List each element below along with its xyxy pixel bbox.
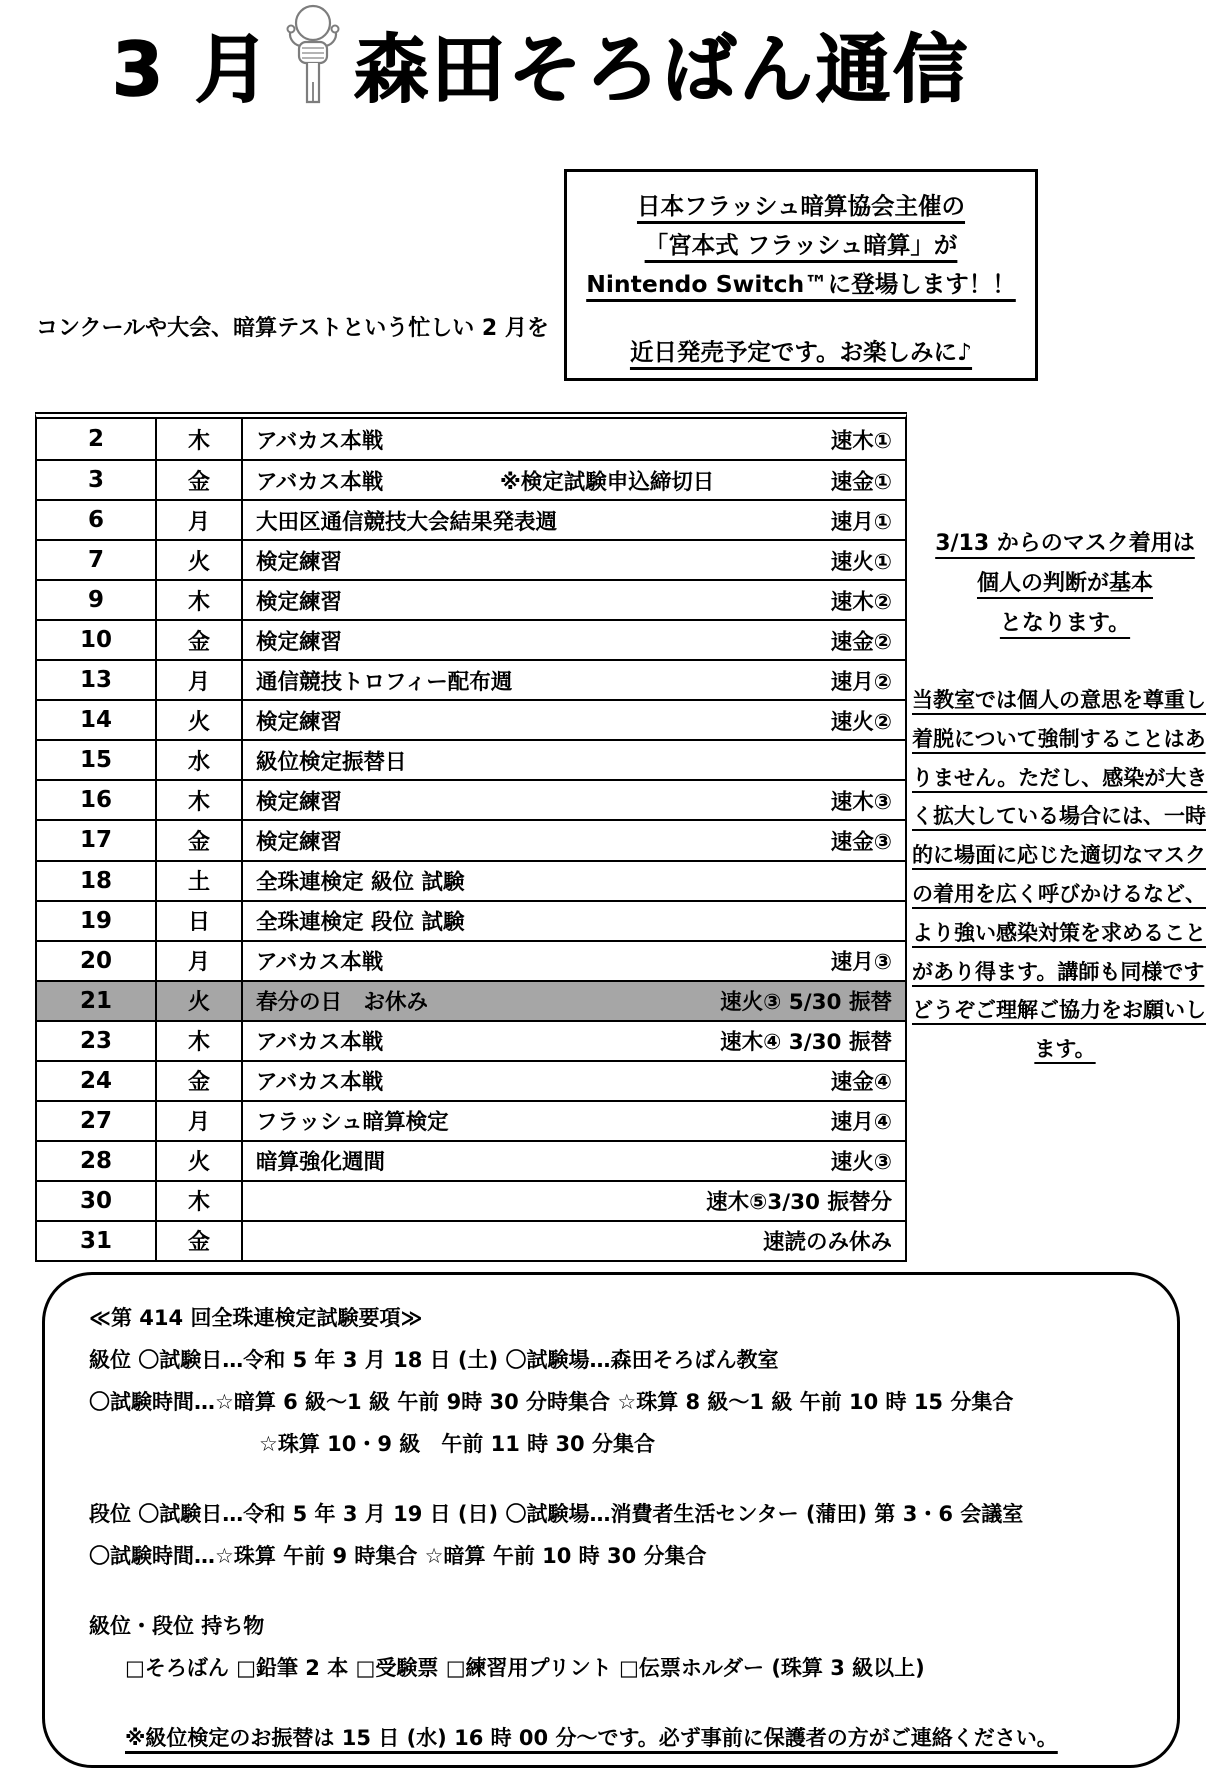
event-text: 通信競技トロフィー配布週 [256,665,512,696]
weekday-cell: 金 [157,1062,243,1100]
schedule-row: 28 火 暗算強化週間 速火③ [37,1140,905,1180]
event-text: 検定練習 [256,625,342,656]
class-label: 速月① [831,505,892,536]
schedule-row: 17 金 検定練習 速金③ [37,819,905,859]
exam-info-line: 〇試験時間…☆暗算 6 級～1 級 午前 9時 30 分時集合 ☆珠算 8 級～… [89,1381,1153,1423]
day-cell: 16 [37,781,157,819]
class-label: 速木⑤3/30 振替分 [706,1185,892,1216]
weekday-cell: 木 [157,581,243,619]
event-cell: 検定練習 速金③ [243,821,905,859]
schedule-row: 24 金 アバカス本戦 速金④ [37,1060,905,1100]
day-cell: 21 [37,982,157,1020]
event-text: 大田区通信競技大会結果発表週 [256,505,557,536]
day-cell: 6 [37,501,157,539]
mask-headline-line: となります。 [915,604,1215,644]
class-label: 速月④ [831,1105,892,1136]
weekday-cell: 火 [157,1142,243,1180]
day-cell: 3 [37,461,157,499]
event-cell: アバカス本戦 速金④ [243,1062,905,1100]
event-cell: 検定練習 速木② [243,581,905,619]
event-note: ※検定試験申込締切日 [500,465,714,496]
class-label: 速金② [831,625,892,656]
day-cell: 27 [37,1102,157,1140]
mask-body-line: の着用を広く呼びかけるなど、 [912,875,1218,914]
weekday-cell: 木 [157,781,243,819]
weekday-cell: 月 [157,942,243,980]
exam-info-line: ※級位検定のお振替は 15 日 (水) 16 時 00 分～です。必ず事前に保護… [89,1717,1153,1759]
event-text: 検定練習 [256,825,342,856]
event-cell: 検定練習 速木③ [243,781,905,819]
mask-policy-headline: 3/13 からのマスク着用は 個人の判断が基本 となります。 [915,524,1215,644]
event-text: 春分の日 お休み [256,985,428,1016]
schedule-row: 10 金 検定練習 速金② [37,619,905,659]
mask-body-line: 的に場面に応じた適切なマスク [912,836,1218,875]
event-cell: 通信競技トロフィー配布週 速月② [243,661,905,699]
class-label: 速木① [831,424,892,455]
event-cell: アバカス本戦 速木① [243,419,905,459]
exam-info-line: 〇試験時間…☆珠算 午前 9 時集合 ☆暗算 午前 10 時 30 分集合 [89,1535,1153,1577]
event-text: アバカス本戦 [256,1065,383,1096]
schedule-row: 9 木 検定練習 速木② [37,579,905,619]
weekday-cell: 木 [157,1022,243,1060]
announcement-box: 日本フラッシュ暗算協会主催の 「宮本式 フラッシュ暗算」が Nintendo S… [564,169,1038,381]
masked-person-icon [280,2,346,120]
class-label: 速金③ [831,825,892,856]
event-text: 全珠連検定 級位 試験 [256,865,464,896]
class-label: 速火③ [831,1145,892,1176]
announcement-line: 「宮本式 フラッシュ暗算」が [567,226,1035,265]
day-cell: 9 [37,581,157,619]
schedule-row: 6 月 大田区通信競技大会結果発表週 速月① [37,499,905,539]
exam-info-line: 級位・段位 持ち物 [89,1605,1153,1647]
event-cell: 速読のみ休み [243,1222,905,1260]
event-cell: 全珠連検定 段位 試験 [243,902,905,940]
class-label: 速月③ [831,945,892,976]
day-cell: 31 [37,1222,157,1260]
exam-info-line: ≪第 414 回全珠連検定試験要項≫ [89,1297,1153,1339]
schedule-row: 20 月 アバカス本戦 速月③ [37,940,905,980]
mask-body-line: く拡大している場合には、一時 [912,797,1218,836]
day-cell: 15 [37,741,157,779]
day-cell: 18 [37,862,157,900]
mask-body-line: 当教室では個人の意思を尊重し [912,681,1218,720]
newsletter-page: 3 月 森田そろばん通信 コンクールや大会、暗算テストという忙しい 2 月を 走… [0,0,1222,1776]
class-label: 速火③ 5/30 振替 [720,985,892,1016]
weekday-cell: 月 [157,501,243,539]
day-cell: 20 [37,942,157,980]
exam-info-line: □そろばん □鉛筆 2 本 □受験票 □練習用プリント □伝票ホルダー (珠算 … [89,1647,1153,1689]
announcement-footer: 近日発売予定です。お楽しみに♪ [567,333,1035,372]
event-text: アバカス本戦 [256,1025,383,1056]
day-cell: 17 [37,821,157,859]
day-cell: 24 [37,1062,157,1100]
schedule-table: 2 木 アバカス本戦 速木① 3 金 アバカス本戦 ※検定試験申込締切日 速金① [35,412,907,1262]
mask-headline-line: 3/13 からのマスク着用は [915,524,1215,564]
weekday-cell: 月 [157,1102,243,1140]
schedule-row: 21 火 春分の日 お休み 速火③ 5/30 振替 [37,980,905,1020]
day-cell: 30 [37,1182,157,1220]
mask-body-line: どうぞご理解ご協力をお願いし [912,991,1218,1030]
schedule-row: 31 金 速読のみ休み [37,1220,905,1260]
weekday-cell: 月 [157,661,243,699]
event-text: 検定練習 [256,585,342,616]
class-label: 速木② [831,585,892,616]
event-text: 暗算強化週間 [256,1145,385,1176]
weekday-cell: 日 [157,902,243,940]
day-cell: 13 [37,661,157,699]
weekday-cell: 水 [157,741,243,779]
weekday-cell: 火 [157,541,243,579]
weekday-cell: 火 [157,982,243,1020]
weekday-cell: 木 [157,419,243,459]
event-cell: 検定練習 速火② [243,701,905,739]
day-cell: 19 [37,902,157,940]
mask-policy-body: 当教室では個人の意思を尊重し 着脱について強制することはあ りません。ただし、感… [912,681,1218,1069]
schedule-row: 13 月 通信競技トロフィー配布週 速月② [37,659,905,699]
schedule-row: 14 火 検定練習 速火② [37,699,905,739]
class-label: 速月② [831,665,892,696]
mask-headline-line: 個人の判断が基本 [915,564,1215,604]
event-cell: 検定練習 速金② [243,621,905,659]
event-text: 検定練習 [256,705,342,736]
event-cell: 級位検定振替日 [243,741,905,779]
day-cell: 23 [37,1022,157,1060]
exam-info-line: 級位 〇試験日…令和 5 年 3 月 18 日 (土) 〇試験場…森田そろばん教… [89,1339,1153,1381]
class-label: 速火② [831,705,892,736]
weekday-cell: 金 [157,1222,243,1260]
event-cell: 全珠連検定 級位 試験 [243,862,905,900]
schedule-row: 19 日 全珠連検定 段位 試験 [37,900,905,940]
weekday-cell: 金 [157,821,243,859]
weekday-cell: 木 [157,1182,243,1220]
mask-body-line: りません。ただし、感染が大き [912,759,1218,798]
schedule-row: 27 月 フラッシュ暗算検定 速月④ [37,1100,905,1140]
day-cell: 28 [37,1142,157,1180]
schedule-row: 15 水 級位検定振替日 [37,739,905,779]
class-label: 速木④ 3/30 振替 [720,1025,892,1056]
newsletter-title: 森田そろばん通信 [354,11,970,117]
weekday-cell: 金 [157,461,243,499]
event-cell: 春分の日 お休み 速火③ 5/30 振替 [243,982,905,1020]
schedule-row: 3 金 アバカス本戦 ※検定試験申込締切日 速金① [37,459,905,499]
event-text: フラッシュ暗算検定 [256,1105,449,1136]
event-cell: 速木⑤3/30 振替分 [243,1182,905,1220]
mask-body-line: より強い感染対策を求めること [912,914,1218,953]
event-cell: アバカス本戦 速木④ 3/30 振替 [243,1022,905,1060]
event-cell: 暗算強化週間 速火③ [243,1142,905,1180]
event-text: 検定練習 [256,785,342,816]
schedule-row: 30 木 速木⑤3/30 振替分 [37,1180,905,1220]
day-cell: 14 [37,701,157,739]
weekday-cell: 火 [157,701,243,739]
exam-info-line: ☆珠算 10・9 級 午前 11 時 30 分集合 [89,1423,1153,1465]
weekday-cell: 金 [157,621,243,659]
mask-body-lines: 当教室では個人の意思を尊重し 着脱について強制することはあ りません。ただし、感… [912,681,1218,1030]
exam-info-box: ≪第 414 回全珠連検定試験要項≫ 級位 〇試験日…令和 5 年 3 月 18… [42,1272,1180,1768]
schedule-row: 2 木 アバカス本戦 速木① [37,419,905,459]
event-text: 級位検定振替日 [256,745,407,776]
event-text: アバカス本戦 [256,424,383,455]
class-label: 速火① [831,545,892,576]
schedule-row: 23 木 アバカス本戦 速木④ 3/30 振替 [37,1020,905,1060]
mask-body-line: 着脱について強制することはあ [912,720,1218,759]
class-label: 速木③ [831,785,892,816]
event-text: 全珠連検定 段位 試験 [256,905,464,936]
day-cell: 7 [37,541,157,579]
day-cell: 2 [37,419,157,459]
announcement-line: 日本フラッシュ暗算協会主催の [567,187,1035,226]
day-cell: 10 [37,621,157,659]
class-label: 速金① [831,465,892,496]
event-text: アバカス本戦 [256,945,383,976]
mask-body-last-line: ます。 [912,1030,1218,1069]
event-cell: アバカス本戦 速月③ [243,942,905,980]
class-label: 速読のみ休み [763,1225,892,1256]
weekday-cell: 土 [157,862,243,900]
event-text: 検定練習 [256,545,342,576]
announcement-line: Nintendo Switch™に登場します！！ [567,265,1035,304]
event-text: アバカス本戦 [256,465,383,496]
announcement-lines: 日本フラッシュ暗算協会主催の 「宮本式 フラッシュ暗算」が Nintendo S… [567,187,1035,304]
class-label: 速金④ [831,1065,892,1096]
schedule-row: 18 土 全珠連検定 級位 試験 [37,860,905,900]
schedule-row: 16 木 検定練習 速木③ [37,779,905,819]
event-cell: アバカス本戦 ※検定試験申込締切日 速金① [243,461,905,499]
mask-body-line: があり得ます。講師も同様です [912,953,1218,992]
event-cell: 検定練習 速火① [243,541,905,579]
masthead: 3 月 森田そろばん通信 [0,8,1222,120]
event-cell: 大田区通信競技大会結果発表週 速月① [243,501,905,539]
newsletter-month: 3 月 [112,11,272,117]
intro-line: コンクールや大会、暗算テストという忙しい 2 月を [36,310,536,349]
schedule-row: 7 火 検定練習 速火① [37,539,905,579]
exam-info-line: 段位 〇試験日…令和 5 年 3 月 19 日 (日) 〇試験場…消費者生活セン… [89,1493,1153,1535]
event-cell: フラッシュ暗算検定 速月④ [243,1102,905,1140]
